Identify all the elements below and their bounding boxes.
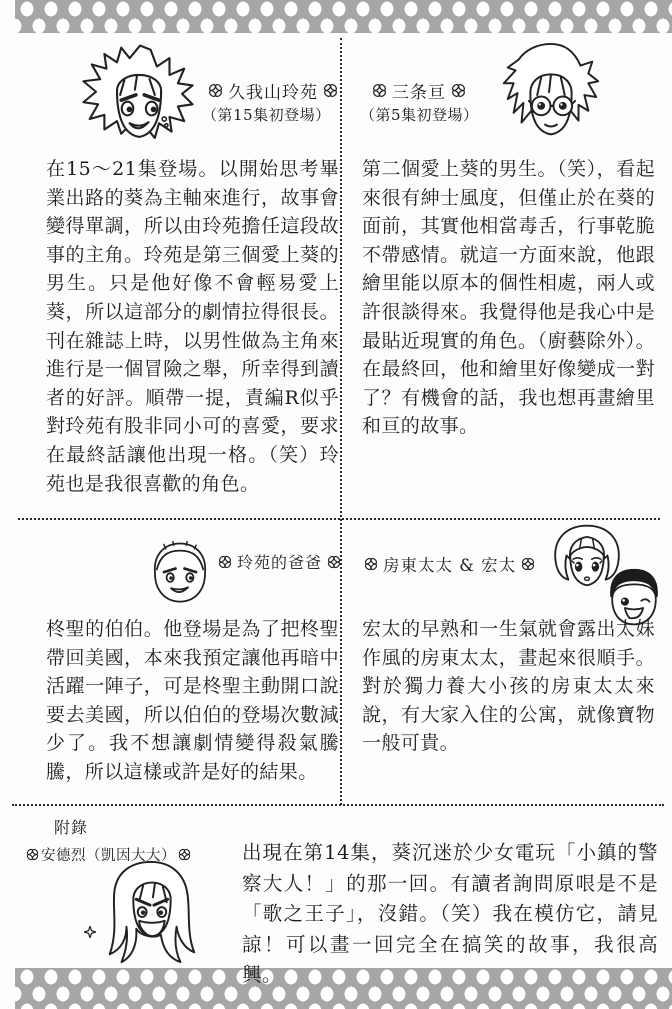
wataru-portrait-illustration xyxy=(486,40,614,156)
commentary-text-wataru: 第二個愛上葵的男生。（笑），看起來很有紳士風度，但僅止於在葵的面前，其實他相當毒… xyxy=(362,155,655,441)
commentary-text-reion: 在15～21集登場。以開始思考畢業出路的葵為主軸來進行，故事會變得單調，所以由玲… xyxy=(46,155,339,498)
section-title-father: 玲苑的爸爸 xyxy=(218,550,341,573)
vertical-dotted-divider xyxy=(340,38,342,805)
father-portrait-illustration xyxy=(146,538,214,608)
sparkle-icon xyxy=(84,926,96,938)
horizontal-dotted-divider-appendix xyxy=(12,804,664,806)
flower-icon xyxy=(521,557,535,571)
section-title-landlady-kouta: 房東太太 & 宏太 xyxy=(364,552,535,576)
debut-note-reion: （第15集初登場） xyxy=(202,104,331,125)
character-name: 玲苑的爸爸 xyxy=(237,550,322,573)
debut-note-wataru: （第5集初登場） xyxy=(360,104,479,125)
flower-icon xyxy=(218,555,232,569)
reion-portrait-illustration xyxy=(75,42,201,152)
horizontal-dotted-divider-middle xyxy=(18,518,660,520)
flower-icon xyxy=(208,83,223,98)
commentary-text-landlady-kouta: 宏太的早熟和一生氣就會露出太妹作風的房東太太，畫起來很順手。對於獨力養大小孩的房… xyxy=(362,615,655,758)
commentary-text-father: 柊聖的伯伯。他登場是為了把柊聖帶回美國，本來我預定讓他再暗中活躍一陣子，可是柊聖… xyxy=(46,615,339,787)
character-name: 三条亘 xyxy=(392,78,446,103)
manga-commentary-page: 久我山玲苑 （第15集初登場） 在15～21集登場。以開始思考畢業出路的葵為主軸… xyxy=(0,0,672,1009)
appendix-label: 附錄 xyxy=(54,815,88,838)
character-name: 久我山玲苑 xyxy=(228,78,318,103)
polka-dot-top-border xyxy=(15,0,672,33)
flower-icon xyxy=(26,848,39,861)
flower-icon xyxy=(364,557,378,571)
flower-icon xyxy=(323,83,338,98)
andre-portrait-illustration xyxy=(96,858,206,968)
flower-icon xyxy=(451,83,466,98)
character-name: 房東太太 & 宏太 xyxy=(383,552,516,576)
appendix-commentary-text: 出現在第14集，葵沉迷於少女電玩「小鎮的警察大人！」的那一回。有讀者詢問原哏是不… xyxy=(242,838,658,991)
flower-icon xyxy=(372,83,387,98)
flower-icon xyxy=(327,555,341,569)
section-title-wataru: 三条亘 xyxy=(372,78,466,103)
section-title-reion: 久我山玲苑 xyxy=(208,78,338,103)
